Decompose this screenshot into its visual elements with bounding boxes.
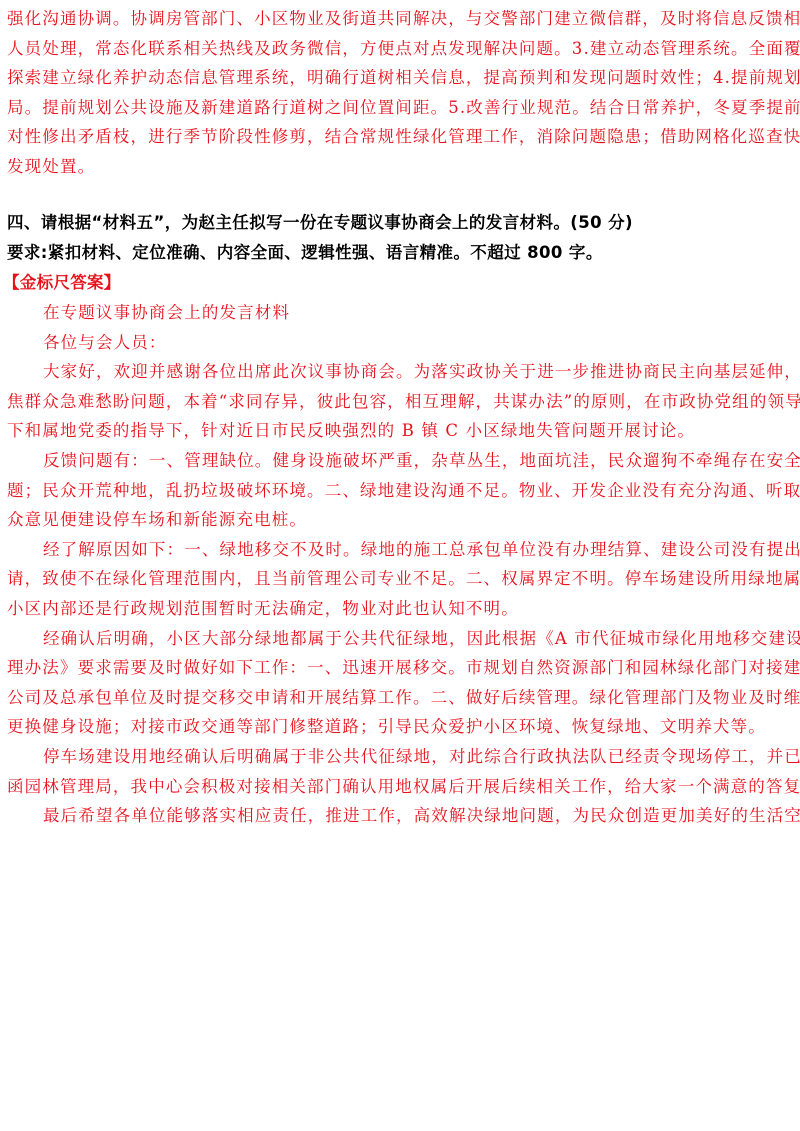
text-line: 停车场建设用地经确认后明确属于非公共代征绿地，对此综合行政执法队已经责令现场停工…: [7, 742, 797, 772]
paragraph-measures: 经确认后明确，小区大部分绿地都属于公共代征绿地，因此根据《A 市代征城市绿化用地…: [7, 624, 797, 742]
text-line: 对性修出矛盾枝，进行季节阶段性修剪，结合常规性绿化管理工作，消除问题隐患；借助网…: [7, 122, 797, 152]
answer-salutation: 各位与会人员：: [7, 328, 797, 358]
paragraph-parking: 停车场建设用地经确认后明确属于非公共代征绿地，对此综合行政执法队已经责令现场停工…: [7, 742, 797, 801]
text-line: 大家好，欢迎并感谢各位出席此次议事协商会。为落实政协关于进一步推进协商民主向基层…: [7, 357, 797, 387]
answer-title: 在专题议事协商会上的发言材料: [7, 298, 797, 328]
answer-tag-label: 【金标尺答案】: [3, 268, 793, 298]
answer-tag: 【金标尺答案】: [3, 268, 793, 298]
text-line: 探索建立绿化养护动态信息管理系统，明确行道树相关信息，提高预判和发现问题时效性；…: [7, 63, 797, 93]
answer-body: 在专题议事协商会上的发言材料 各位与会人员： 大家好，欢迎并感谢各位出席此次议事…: [7, 298, 797, 831]
paragraph-problems: 反馈问题有：一、管理缺位。健身设施破坏严重，杂草丛生，地面坑洼，民众遛狗不牵绳存…: [7, 446, 797, 535]
text-line: 下和属地党委的指导下，针对近日市民反映强烈的 B 镇 C 小区绿地失管问题开展讨…: [7, 416, 797, 446]
paragraph-causes: 经了解原因如下：一、绿地移交不及时。绿地的施工总承包单位没有办理结算、建设公司没…: [7, 535, 797, 624]
text-line: 最后希望各单位能够落实相应责任，推进工作，高效解决绿地问题，为民众创造更加美好的…: [7, 801, 797, 831]
text-line: 发现处置。: [7, 152, 797, 182]
text-line: 人员处理，常态化联系相关热线及政务微信，方便点对点发现解决问题。3.建立动态管理…: [7, 34, 797, 64]
text-line: 众意见便建设停车场和新能源充电桩。: [7, 505, 797, 535]
question-block: 四、请根据“材料五”，为赵主任拟写一份在专题议事协商会上的发言材料。(50 分)…: [7, 208, 797, 267]
paragraph-closing: 最后希望各单位能够落实相应责任，推进工作，高效解决绿地问题，为民众创造更加美好的…: [7, 801, 797, 831]
previous-answer-continuation: 强化沟通协调。协调房管部门、小区物业及街道共同解决，与交警部门建立微信群，及时将…: [7, 4, 797, 182]
text-line: 题；民众开荒种地，乱扔垃圾破坏环境。二、绿地建设沟通不足。物业、开发企业没有充分…: [7, 476, 797, 506]
text-line: 局。提前规划公共设施及新建道路行道树之间位置间距。5.改善行业规范。结合日常养护…: [7, 93, 797, 123]
text-line: 小区内部还是行政规划范围暂时无法确定，物业对此也认知不明。: [7, 594, 797, 624]
text-line: 焦群众急难愁盼问题，本着“求同存异，彼此包容，相互理解，共谋办法”的原则，在市政…: [7, 387, 797, 417]
text-line: 函园林管理局，我中心会积极对接相关部门确认用地权属后开展后续相关工作，给大家一个…: [7, 772, 797, 802]
text-line: 公司及总承包单位及时提交移交申请和开展结算工作。二、做好后续管理。绿化管理部门及…: [7, 683, 797, 713]
question-title: 四、请根据“材料五”，为赵主任拟写一份在专题议事协商会上的发言材料。(50 分): [7, 208, 797, 238]
text-line: 更换健身设施；对接市政交通等部门修整道路；引导民众爱护小区环境、恢复绿地、文明养…: [7, 712, 797, 742]
text-line: 经了解原因如下：一、绿地移交不及时。绿地的施工总承包单位没有办理结算、建设公司没…: [7, 535, 797, 565]
question-requirements: 要求:紧扣材料、定位准确、内容全面、逻辑性强、语言精准。不超过 800 字。: [7, 238, 797, 268]
document-page: 强化沟通协调。协调房管部门、小区物业及街道共同解决，与交警部门建立微信群，及时将…: [0, 0, 800, 1131]
text-line: 强化沟通协调。协调房管部门、小区物业及街道共同解决，与交警部门建立微信群，及时将…: [7, 4, 797, 34]
text-line: 请，致使不在绿化管理范围内，且当前管理公司专业不足。二、权属界定不明。停车场建设…: [7, 564, 797, 594]
text-line: 理办法》要求需要及时做好如下工作：一、迅速开展移交。市规划自然资源部门和园林绿化…: [7, 653, 797, 683]
paragraph-greeting: 大家好，欢迎并感谢各位出席此次议事协商会。为落实政协关于进一步推进协商民主向基层…: [7, 357, 797, 446]
text-line: 反馈问题有：一、管理缺位。健身设施破坏严重，杂草丛生，地面坑洼，民众遛狗不牵绳存…: [7, 446, 797, 476]
text-line: 经确认后明确，小区大部分绿地都属于公共代征绿地，因此根据《A 市代征城市绿化用地…: [7, 624, 797, 654]
